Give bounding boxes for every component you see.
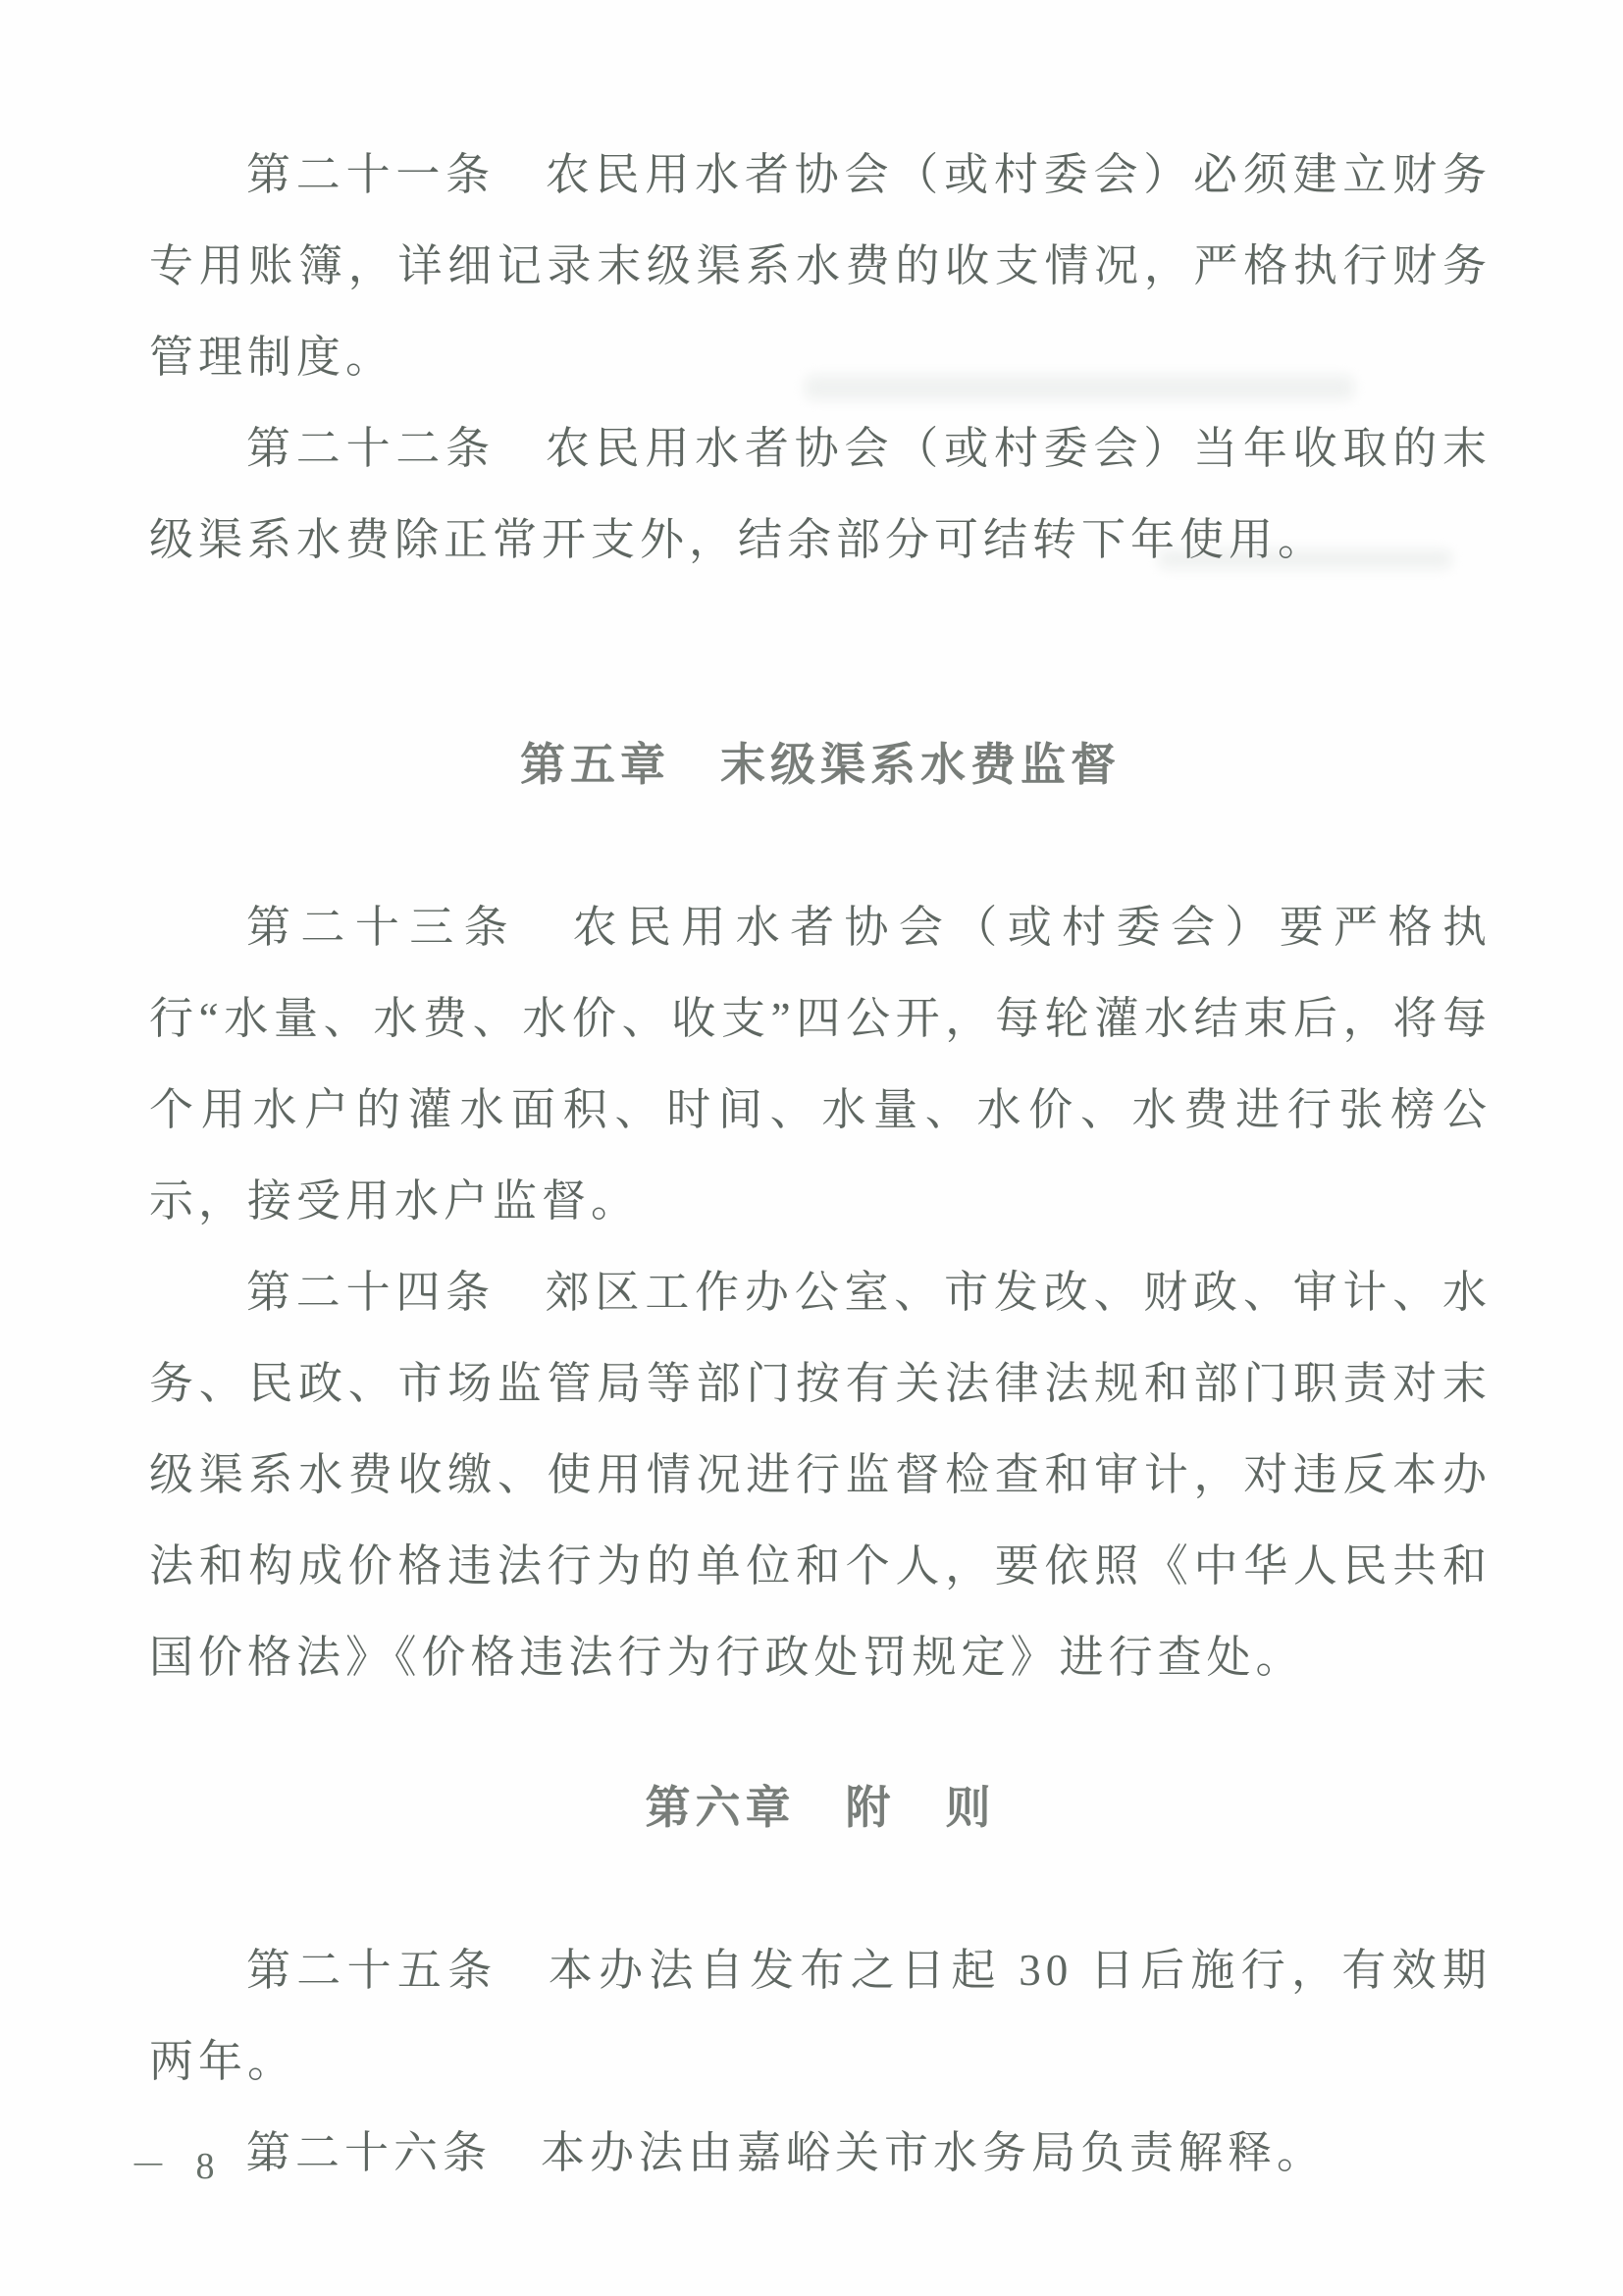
article-21-paragraph: 第二十一条 农民用水者协会（或村委会）必须建立财务专用账簿，详细记录末级渠系水费… (149, 130, 1492, 403)
article-22-paragraph: 第二十二条 农民用水者协会（或村委会）当年收取的末级渠系水费除正常开支外，结余部… (149, 403, 1492, 586)
article-25-paragraph: 第二十五条 本办法自发布之日起 30 日后施行，有效期两年。 (149, 1925, 1492, 2108)
article-26-paragraph: 第二十六条 本办法由嘉峪关市水务局负责解释。 (149, 2108, 1492, 2199)
chapter-6-heading: 第六章 附 则 (149, 1762, 1492, 1853)
document-content: 第二十一条 农民用水者协会（或村委会）必须建立财务专用账簿，详细记录末级渠系水费… (0, 0, 1623, 2199)
article-23-paragraph: 第二十三条 农民用水者协会（或村委会）要严格执行“水量、水费、水价、收支”四公开… (149, 882, 1492, 1247)
article-24-paragraph: 第二十四条 郊区工作办公室、市发改、财政、审计、水务、民政、市场监管局等部门按有… (149, 1247, 1492, 1703)
chapter-5-heading: 第五章 末级渠系水费监督 (149, 719, 1492, 810)
document-page: 第二十一条 农民用水者协会（或村委会）必须建立财务专用账簿，详细记录末级渠系水费… (0, 0, 1623, 2296)
page-number: － 8 － (130, 2135, 290, 2189)
